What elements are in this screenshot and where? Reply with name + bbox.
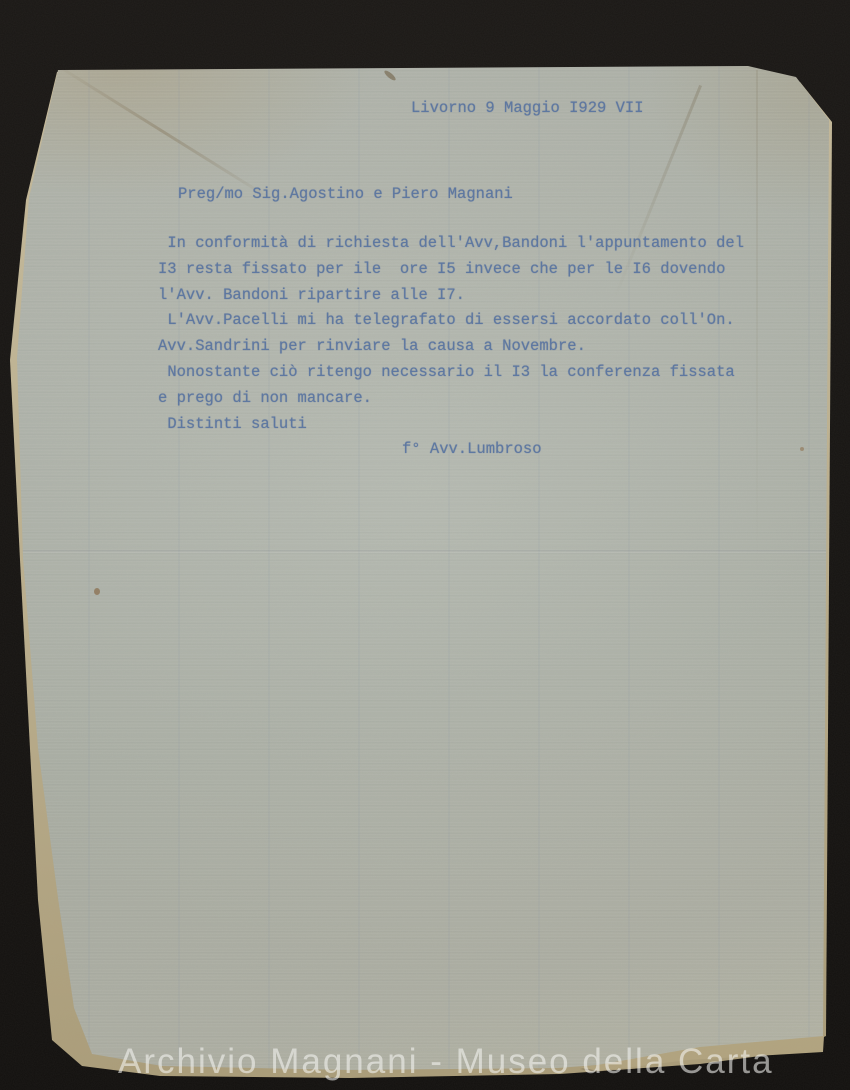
ink-speck <box>94 588 100 595</box>
right-edge-crease <box>756 70 758 570</box>
letter-salutation: Preg/mo Sig.Agostino e Piero Magnani <box>178 182 513 208</box>
archive-watermark: Archivio Magnani - Museo della Carta <box>118 1042 774 1082</box>
horizontal-fold-crease-lower <box>22 838 822 840</box>
horizontal-fold-crease <box>20 550 826 553</box>
letter-date-line: Livorno 9 Maggio I929 VII <box>411 96 644 122</box>
chain-line-texture <box>0 0 850 1090</box>
letter-body: In conformità di richiesta dell'Avv,Band… <box>158 231 744 437</box>
letter-signature: f° Avv.Lumbroso <box>402 437 542 463</box>
scan-photo: Livorno 9 Maggio I929 VII Preg/mo Sig.Ag… <box>0 0 850 1090</box>
letter-paper: Livorno 9 Maggio I929 VII Preg/mo Sig.Ag… <box>0 0 850 1090</box>
ink-speck <box>800 447 804 451</box>
